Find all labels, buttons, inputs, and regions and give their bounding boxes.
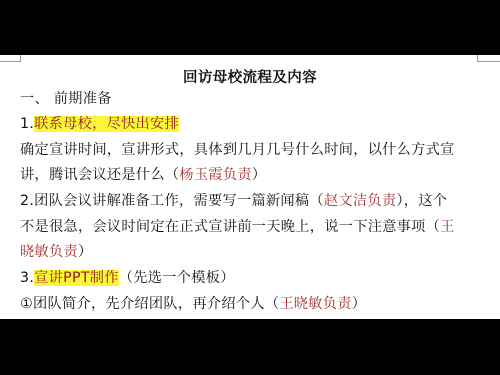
item-1-highlight: 联系母校，尽快出安排: [34, 116, 179, 132]
item-3-sub-1: ①团队简介，先介绍团队，再介绍个人（王晓敏负责）: [20, 295, 366, 313]
item-2-line-3: 晓敏负责）: [20, 243, 92, 261]
item-3-highlight: 宣讲PPT制作: [34, 270, 119, 286]
item-3: 3.宣讲PPT制作（先选一个模板）: [20, 269, 235, 287]
owner-name: 晓敏负责: [20, 244, 78, 260]
crop-mark-top-right: [477, 61, 500, 62]
owner-name: 王: [440, 219, 455, 235]
document-page: 回访母校流程及内容 一、 前期准备 1.联系母校，尽快出安排 确定宣讲时间，宣讲…: [0, 55, 500, 319]
document-title: 回访母校流程及内容: [0, 66, 500, 87]
section-heading: 一、 前期准备: [20, 90, 112, 108]
item-2-line-2: 不是很急，会议时间定在正式宣讲前一天晚上，说一下注意事项（王: [20, 218, 455, 236]
item-1-prefix: 1.: [20, 116, 34, 132]
item-1-detail-line-1: 确定宣讲时间，宣讲形式，具体到几月几号什么时间，以什么方式宣: [20, 141, 455, 159]
crop-mark-top-left: [0, 61, 21, 62]
item-1-detail-line-2: 讲，腾讯会议还是什么（杨玉霞负责）: [20, 166, 266, 184]
owner-name: 王晓敏负责: [279, 296, 351, 312]
item-2-line-1: 2.团队会议讲解准备工作，需要写一篇新闻稿（赵文洁负责），这个: [20, 192, 447, 210]
owner-name: 赵文洁负责: [324, 193, 396, 209]
item-1: 1.联系母校，尽快出安排: [20, 115, 179, 133]
owner-name: 杨玉霞负责: [179, 167, 251, 183]
